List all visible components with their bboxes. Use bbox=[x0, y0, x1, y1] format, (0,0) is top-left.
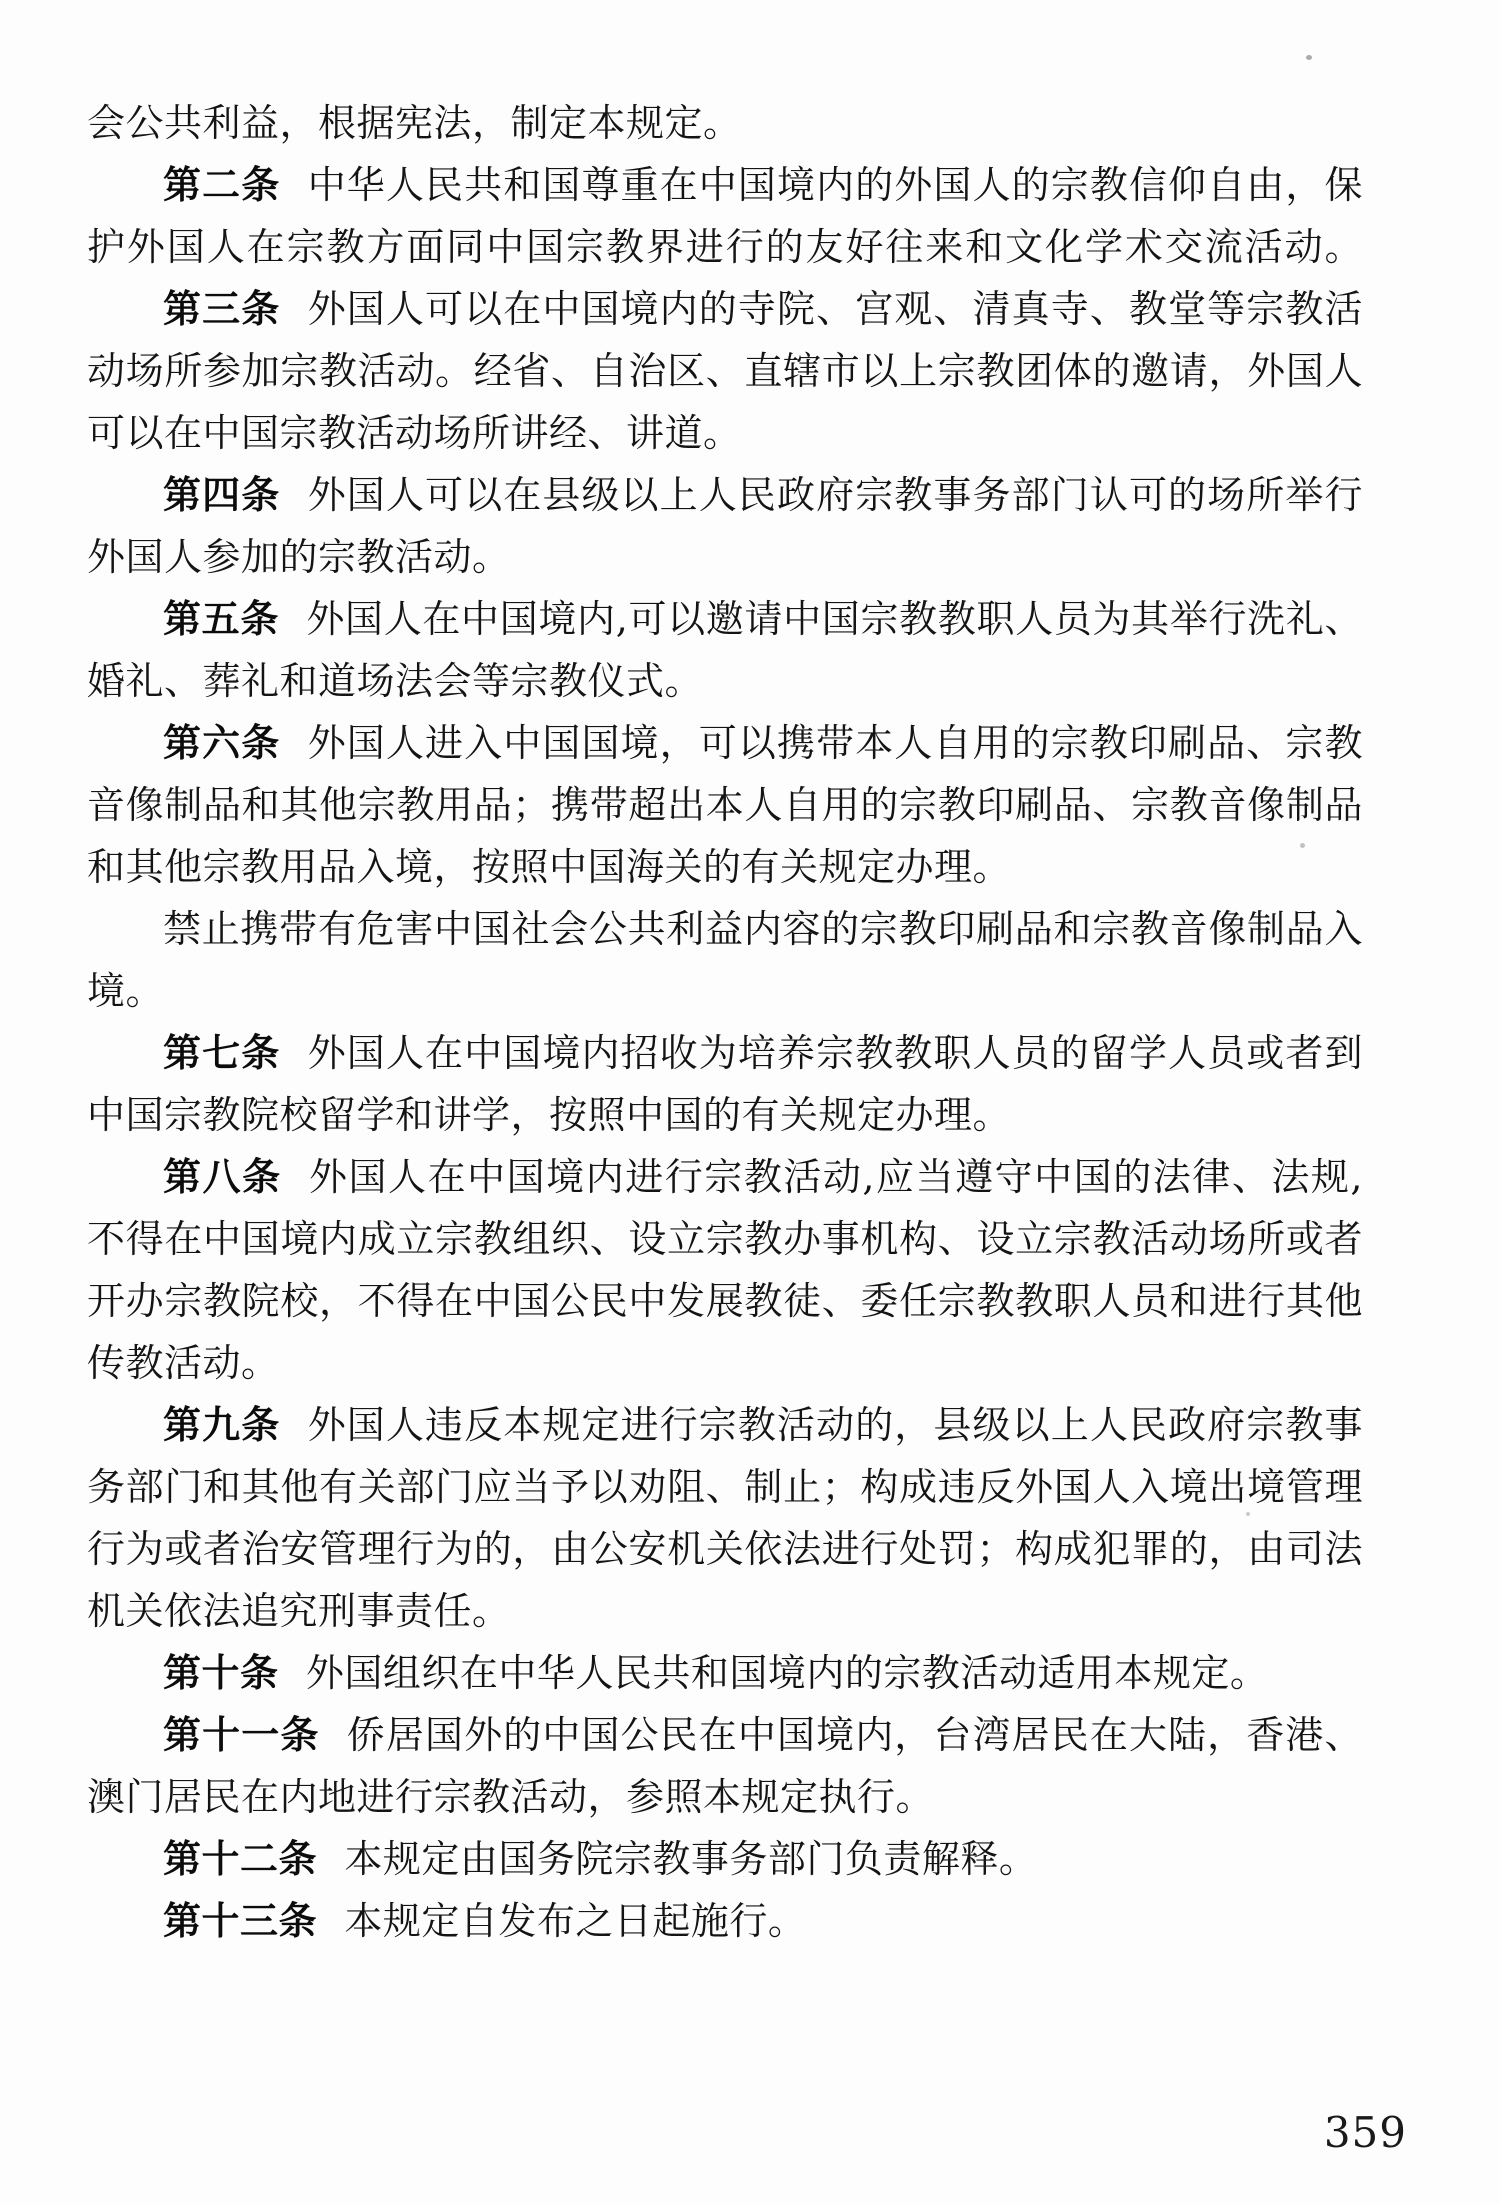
article-number: 第九条 bbox=[163, 1403, 280, 1447]
text-line: 第六条外国人进入中国国境，可以携带本人自用的宗教印刷品、宗教 bbox=[87, 712, 1363, 774]
text-line: 第七条外国人在中国境内招收为培养宗教教职人员的留学人员或者到 bbox=[87, 1022, 1363, 1084]
line-text: 外国人违反本规定进行宗教活动的，县级以上人民政府宗教事 bbox=[308, 1403, 1363, 1447]
line-text: 外国人在中国境内,可以邀请中国宗教教职人员为其举行洗礼、 bbox=[306, 597, 1363, 641]
line-text: 务部门和其他有关部门应当予以劝阻、制止；构成违反外国人入境出境管理 bbox=[87, 1465, 1363, 1509]
text-line: 音像制品和其他宗教用品；携带超出本人自用的宗教印刷品、宗教音像制品 bbox=[87, 774, 1363, 836]
text-line: 第八条外国人在中国境内进行宗教活动,应当遵守中国的法律、法规, bbox=[87, 1146, 1363, 1208]
line-text: 开办宗教院校，不得在中国公民中发展教徒、委任宗教教职人员和进行其他 bbox=[87, 1279, 1363, 1323]
text-line: 第四条外国人可以在县级以上人民政府宗教事务部门认可的场所举行 bbox=[87, 464, 1363, 526]
line-text: 动场所参加宗教活动。经省、自治区、直辖市以上宗教团体的邀请，外国人 bbox=[87, 349, 1363, 393]
text-line: 会公共利益，根据宪法，制定本规定。 bbox=[87, 92, 1363, 154]
text-line: 第二条中华人民共和国尊重在中国境内的外国人的宗教信仰自由，保 bbox=[87, 154, 1363, 216]
text-line: 第九条外国人违反本规定进行宗教活动的，县级以上人民政府宗教事 bbox=[87, 1394, 1363, 1456]
line-text: 会公共利益，根据宪法，制定本规定。 bbox=[87, 101, 742, 145]
article-number: 第三条 bbox=[163, 287, 280, 331]
line-text: 机关依法追究刑事责任。 bbox=[87, 1589, 511, 1633]
text-line: 和其他宗教用品入境，按照中国海关的有关规定办理。 bbox=[87, 836, 1363, 898]
text-line: 不得在中国境内成立宗教组织、设立宗教办事机构、设立宗教活动场所或者 bbox=[87, 1208, 1363, 1270]
line-text: 外国组织在中华人民共和国境内的宗教活动适用本规定。 bbox=[306, 1651, 1269, 1695]
article-number: 第十条 bbox=[163, 1651, 279, 1695]
line-text: 外国人可以在县级以上人民政府宗教事务部门认可的场所举行 bbox=[308, 473, 1363, 517]
text-line: 机关依法追究刑事责任。 bbox=[87, 1580, 1363, 1642]
line-text: 本规定自发布之日起施行。 bbox=[344, 1899, 806, 1943]
line-text: 音像制品和其他宗教用品；携带超出本人自用的宗教印刷品、宗教音像制品 bbox=[87, 783, 1363, 827]
text-line: 澳门居民在内地进行宗教活动，参照本规定执行。 bbox=[87, 1766, 1363, 1828]
text-line: 第十二条本规定由国务院宗教事务部门负责解释。 bbox=[87, 1828, 1363, 1890]
article-number: 第七条 bbox=[163, 1031, 280, 1075]
line-text: 传教活动。 bbox=[87, 1341, 280, 1385]
line-text: 中国宗教院校留学和讲学，按照中国的有关规定办理。 bbox=[87, 1093, 1011, 1137]
line-text: 婚礼、葬礼和道场法会等宗教仪式。 bbox=[87, 659, 703, 703]
text-line: 中国宗教院校留学和讲学，按照中国的有关规定办理。 bbox=[87, 1084, 1363, 1146]
article-number: 第十二条 bbox=[163, 1837, 317, 1881]
text-line: 第十条外国组织在中华人民共和国境内的宗教活动适用本规定。 bbox=[87, 1642, 1363, 1704]
line-text: 禁止携带有危害中国社会公共利益内容的宗教印刷品和宗教音像制品入 bbox=[163, 907, 1363, 951]
article-number: 第四条 bbox=[163, 473, 280, 517]
text-line: 行为或者治安管理行为的，由公安机关依法进行处罚；构成犯罪的，由司法 bbox=[87, 1518, 1363, 1580]
text-line: 禁止携带有危害中国社会公共利益内容的宗教印刷品和宗教音像制品入 bbox=[87, 898, 1363, 960]
text-line: 境。 bbox=[87, 960, 1363, 1022]
article-number: 第十一条 bbox=[163, 1713, 319, 1757]
line-text: 外国人在中国境内进行宗教活动,应当遵守中国的法律、法规, bbox=[309, 1155, 1363, 1199]
article-number: 第六条 bbox=[163, 721, 280, 765]
line-text: 护外国人在宗教方面同中国宗教界进行的友好往来和文化学术交流活动。 bbox=[87, 225, 1363, 269]
line-text: 外国人进入中国国境，可以携带本人自用的宗教印刷品、宗教 bbox=[308, 721, 1363, 765]
line-text: 可以在中国宗教活动场所讲经、讲道。 bbox=[87, 411, 742, 455]
line-text: 中华人民共和国尊重在中国境内的外国人的宗教信仰自由，保 bbox=[308, 163, 1363, 207]
line-text: 侨居国外的中国公民在中国境内，台湾居民在大陆，香港、 bbox=[347, 1713, 1363, 1757]
text-line: 第十一条侨居国外的中国公民在中国境内，台湾居民在大陆，香港、 bbox=[87, 1704, 1363, 1766]
line-text: 外国人在中国境内招收为培养宗教教职人员的留学人员或者到 bbox=[308, 1031, 1363, 1075]
scan-speck bbox=[1246, 1512, 1250, 1516]
text-line: 护外国人在宗教方面同中国宗教界进行的友好往来和文化学术交流活动。 bbox=[87, 216, 1363, 278]
scan-speck bbox=[1306, 55, 1312, 60]
article-number: 第二条 bbox=[163, 163, 280, 207]
text-line: 开办宗教院校，不得在中国公民中发展教徒、委任宗教教职人员和进行其他 bbox=[87, 1270, 1363, 1332]
text-line: 第五条外国人在中国境内,可以邀请中国宗教教职人员为其举行洗礼、 bbox=[87, 588, 1363, 650]
text-line: 可以在中国宗教活动场所讲经、讲道。 bbox=[87, 402, 1363, 464]
text-line: 传教活动。 bbox=[87, 1332, 1363, 1394]
line-text: 境。 bbox=[87, 969, 164, 1013]
text-line: 动场所参加宗教活动。经省、自治区、直辖市以上宗教团体的邀请，外国人 bbox=[87, 340, 1363, 402]
text-line: 务部门和其他有关部门应当予以劝阻、制止；构成违反外国人入境出境管理 bbox=[87, 1456, 1363, 1518]
text-line: 外国人参加的宗教活动。 bbox=[87, 526, 1363, 588]
line-text: 本规定由国务院宗教事务部门负责解释。 bbox=[344, 1837, 1037, 1881]
article-number: 第五条 bbox=[163, 597, 279, 641]
text-line: 第十三条本规定自发布之日起施行。 bbox=[87, 1890, 1363, 1952]
article-number: 第八条 bbox=[163, 1155, 282, 1199]
line-text: 外国人参加的宗教活动。 bbox=[87, 535, 511, 579]
page-number: 359 bbox=[1324, 2108, 1407, 2157]
scan-speck bbox=[1300, 843, 1305, 848]
line-text: 不得在中国境内成立宗教组织、设立宗教办事机构、设立宗教活动场所或者 bbox=[87, 1217, 1363, 1261]
line-text: 澳门居民在内地进行宗教活动，参照本规定执行。 bbox=[87, 1775, 934, 1819]
line-text: 外国人可以在中国境内的寺院、宫观、清真寺、教堂等宗教活 bbox=[308, 287, 1363, 331]
text-line: 第三条外国人可以在中国境内的寺院、宫观、清真寺、教堂等宗教活 bbox=[87, 278, 1363, 340]
text-line: 婚礼、葬礼和道场法会等宗教仪式。 bbox=[87, 650, 1363, 712]
article-number: 第十三条 bbox=[163, 1899, 317, 1943]
scanned-document-page: 会公共利益，根据宪法，制定本规定。第二条中华人民共和国尊重在中国境内的外国人的宗… bbox=[0, 0, 1500, 2204]
line-text: 和其他宗教用品入境，按照中国海关的有关规定办理。 bbox=[87, 845, 1011, 889]
text-block: 会公共利益，根据宪法，制定本规定。第二条中华人民共和国尊重在中国境内的外国人的宗… bbox=[87, 92, 1363, 1952]
line-text: 行为或者治安管理行为的，由公安机关依法进行处罚；构成犯罪的，由司法 bbox=[87, 1527, 1363, 1571]
